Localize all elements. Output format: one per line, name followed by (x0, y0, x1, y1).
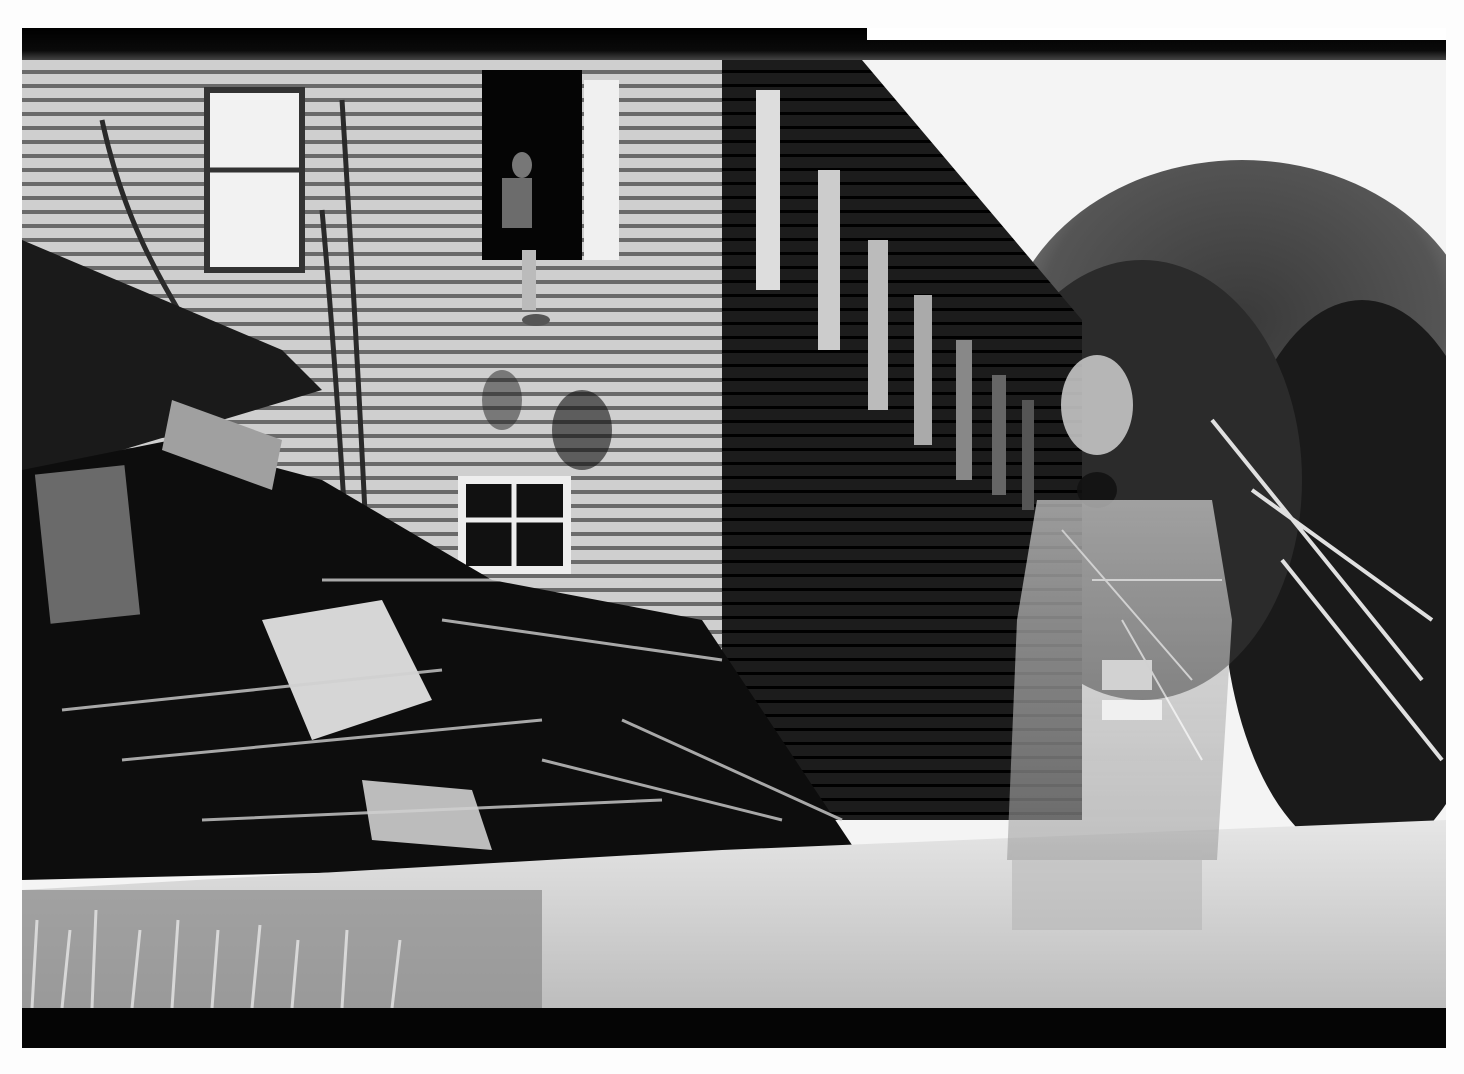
side-window (956, 340, 972, 480)
upper-window-left (207, 90, 302, 270)
photo-frame (22, 28, 1446, 1048)
side-window (1022, 400, 1034, 510)
grass (22, 890, 542, 1008)
side-window (914, 295, 932, 445)
side-window (992, 375, 1006, 495)
film-edge-bottom (22, 1008, 1446, 1048)
side-window (756, 90, 780, 290)
side-window (818, 170, 840, 350)
film-edge-top-gap (867, 28, 1446, 40)
side-window (868, 240, 888, 410)
photo-illustration (22, 60, 1446, 1008)
photo-scene (22, 60, 1446, 1008)
